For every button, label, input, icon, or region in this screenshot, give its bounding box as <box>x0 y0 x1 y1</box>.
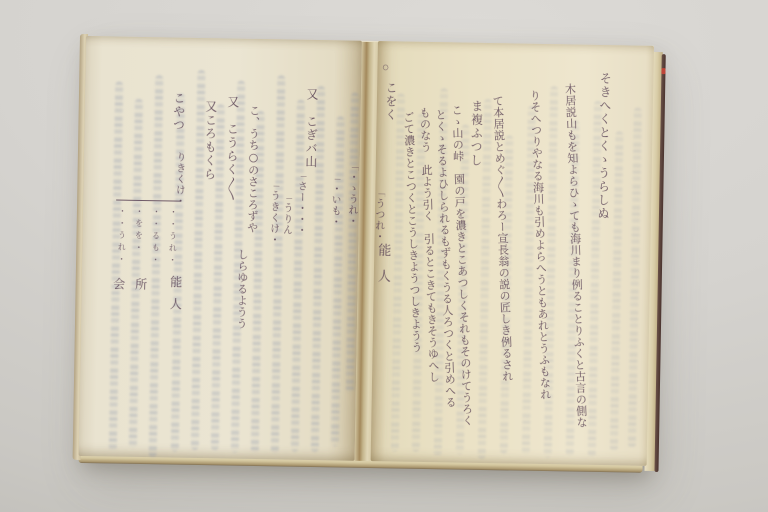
dot-annotation-column: ・をを・ <box>134 207 143 255</box>
dot-annotation-column: ・・うれ・ <box>168 207 177 267</box>
dot-annotation-column: ・・うれ・ <box>117 207 126 267</box>
handwriting-column: 「さー・・・ <box>295 170 306 236</box>
section-circle-mark: ○ <box>381 63 388 73</box>
annotation-bracket-line <box>116 200 180 202</box>
handwriting-column: こ、うち○のさころずや <box>247 105 260 234</box>
handwriting-column: りきくけ・ <box>173 152 184 207</box>
stitch-thread <box>661 68 665 74</box>
handwriting-column: 「うきくけ・ <box>267 179 278 245</box>
margin-note-label: 能人 <box>376 243 390 295</box>
margin-note-bracket: 「うつれ・ <box>372 187 383 242</box>
annotation-label: 所 <box>135 278 147 292</box>
handwriting-column: て本居説とめぐ〳〵わろー宣長翁の説の匠しき例るされ <box>492 95 513 382</box>
handwriting-column: こをく <box>385 81 398 122</box>
handwriting-column: 木居説山もを知よらひゝても海川まり例ることりふくと古言の側な <box>564 83 587 428</box>
handwriting-column: 「うりん <box>281 191 292 235</box>
handwriting-column: こやつ <box>172 92 185 133</box>
annotation-label: 能人 <box>169 275 182 319</box>
handwriting-column: りそへつりやなる海川も引めよらへうともあれとうふもなれ <box>529 90 551 401</box>
manuscript-book: ○ そきへくとくゝうらしぬ 木居説山もを知よらひゝても海川まり例ることりふくと古… <box>79 36 654 466</box>
handwriting-layer: ○ そきへくとくゝうらしぬ 木居説山もを知よらひゝても海川まり例ることりふくと古… <box>79 36 654 466</box>
dot-annotation-column: 「・いも・ <box>329 172 340 227</box>
dot-annotation-column: ・・るも・ <box>151 207 160 267</box>
dot-annotation-column: 「・ゝうれ・ <box>346 161 357 227</box>
handwriting-column: 又 こぎバ山 <box>305 88 318 169</box>
handwriting-column: 又ころもくら <box>203 100 216 181</box>
annotation-label: 会 <box>113 278 125 292</box>
handwriting-column: そきへくとくゝうらしぬ <box>597 72 612 221</box>
handwriting-column: ま複ふつし <box>470 100 483 168</box>
handwriting-column: 又 こうらく〳〵 <box>225 95 239 202</box>
photo-scene: ○ そきへくとくゝうらしぬ 木居説山もを知よらひゝても海川まり例ることりふくと古… <box>0 0 768 512</box>
handwriting-column: しらゆるようう <box>236 249 248 330</box>
